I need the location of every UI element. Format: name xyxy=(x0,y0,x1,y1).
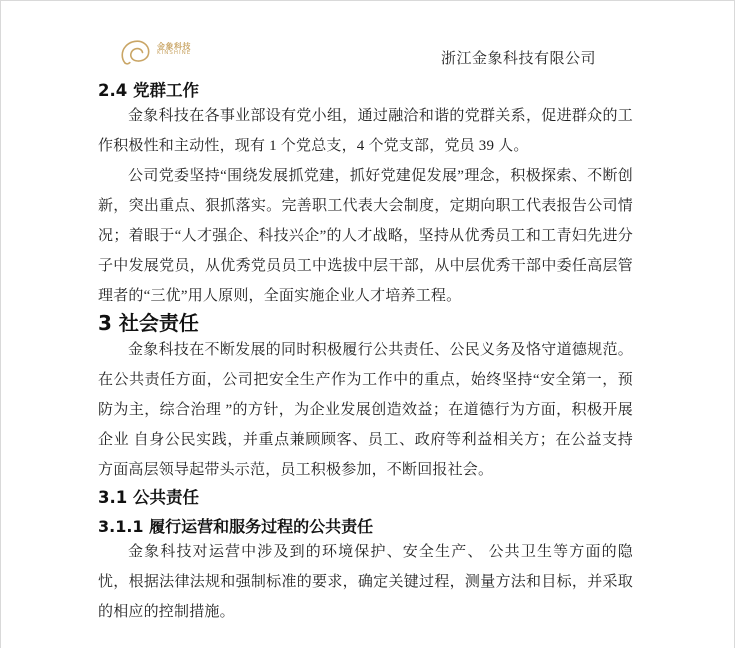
paragraph-operation-risks: 金象科技对运营中涉及到的环境保护、安全生产、 公共卫生等方面的隐忧，根据法律法规… xyxy=(98,537,633,627)
paragraph-party-committee: 公司党委坚持“围绕发展抓党建，抓好党建促发展”理念，积极探索、不断创新，突出重点… xyxy=(98,161,633,311)
section-heading-public-responsibility: 3.1 公共责任 xyxy=(98,488,633,508)
document-page: 金象科技 KINSHINE 浙江金象科技有限公司 2.4 党群工作 金象科技在各… xyxy=(0,0,735,648)
section-heading-party-work: 2.4 党群工作 xyxy=(98,81,633,101)
elephant-logo-icon xyxy=(119,34,153,66)
page-header: 金象科技 KINSHINE 浙江金象科技有限公司 xyxy=(1,1,734,68)
document-body: 2.4 党群工作 金象科技在各事业部设有党小组，通过融洽和谐的党群关系，促进群众… xyxy=(1,81,734,627)
header-company-name: 浙江金象科技有限公司 xyxy=(441,47,596,68)
paragraph-social-responsibility: 金象科技在不断发展的同时积极履行公共责任、公民义务及恪守道德规范。在公共责任方面… xyxy=(98,335,633,485)
paragraph-party-groups: 金象科技在各事业部设有党小组，通过融洽和谐的党群关系，促进群众的工作积极性和主动… xyxy=(98,101,633,161)
logo-brand-en: KINSHINE xyxy=(157,51,191,57)
subsection-heading-operation-service: 3.1.1 履行运营和服务过程的公共责任 xyxy=(98,517,633,537)
company-logo: 金象科技 KINSHINE xyxy=(119,34,191,66)
chapter-heading-social-responsibility: 3 社会责任 xyxy=(98,311,633,335)
logo-wordmark: 金象科技 KINSHINE xyxy=(157,43,191,57)
